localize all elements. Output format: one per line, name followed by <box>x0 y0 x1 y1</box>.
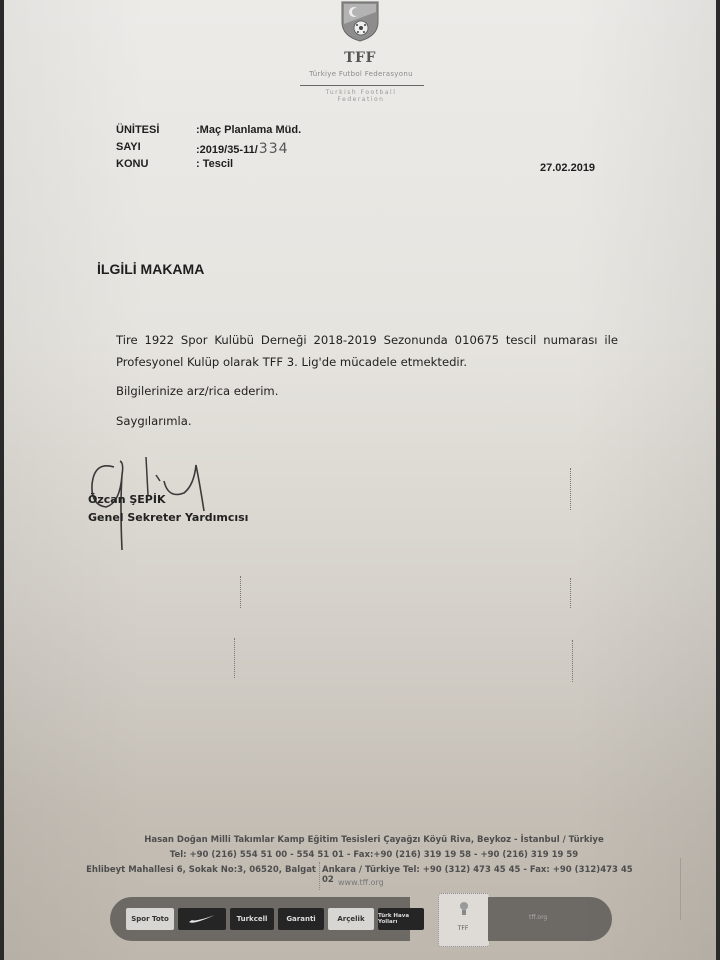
tff-badge-label: TFF <box>438 925 488 932</box>
staple-mark <box>680 858 681 920</box>
letter-date: 27.02.2019 <box>540 162 595 174</box>
letter-page: TFF Türkiye Futbol Federasyonu Turkish F… <box>4 0 716 960</box>
sponsor-logo: Arçelik <box>328 908 374 930</box>
signer-title: Genel Sekreter Yardımcısı <box>88 511 248 524</box>
tff-crest-icon <box>340 0 380 42</box>
unit-label: ÜNİTESİ <box>116 124 159 136</box>
subject-value: : Tescil <box>196 158 233 170</box>
tff-badge <box>438 893 490 947</box>
unit-value: :Maç Planlama Müd. <box>196 124 301 136</box>
org-tagline: Turkish Football Federation <box>304 89 418 103</box>
sponsor-logo: Spor Toto <box>126 908 174 930</box>
nike-swoosh-icon <box>187 913 217 925</box>
sponsor-logo: Turkcell <box>230 908 274 930</box>
sponsor-logo: Türk Hava Yolları <box>378 908 424 930</box>
sponsor-strip-end <box>488 897 612 941</box>
closing: Saygılarımla. <box>116 410 618 432</box>
letterhead-divider <box>300 85 424 86</box>
number-value: :2019/35-11/334 <box>196 141 289 157</box>
website-link[interactable]: www.tff.org <box>338 878 418 887</box>
staple-mark <box>240 576 241 608</box>
staple-mark <box>572 640 573 682</box>
footer-address-ankara: Ehlibeyt Mahallesi 6, Sokak No:3, 06520,… <box>34 865 316 875</box>
body-paragraph-1: Tire 1922 Spor Kulübü Derneği 2018-2019 … <box>116 329 618 373</box>
handwritten-number: 334 <box>259 141 289 157</box>
footer-address-istanbul: Hasan Doğan Milli Takımlar Kamp Eğitim T… <box>104 835 644 845</box>
number-label: SAYI <box>116 141 141 153</box>
sponsor-logo <box>178 908 226 930</box>
org-abbreviation: TFF <box>304 50 416 66</box>
staple-mark <box>570 468 571 510</box>
staple-mark <box>234 638 235 678</box>
signer-name: Özcan ŞEPİK <box>88 493 165 506</box>
footer-divider <box>319 862 320 890</box>
tff-mascot-icon <box>456 900 472 916</box>
strip-url: tff.org <box>529 914 547 921</box>
org-name: Türkiye Futbol Federasyonu <box>298 70 424 78</box>
body-paragraph-2: Bilgilerinize arz/rica ederim. <box>116 380 618 402</box>
staple-mark <box>570 578 571 608</box>
addressee: İLGİLİ MAKAMA <box>97 261 204 277</box>
number-prefix: :2019/35-11/ <box>196 144 258 156</box>
subject-label: KONU <box>116 158 148 170</box>
footer-phone-istanbul: Tel: +90 (216) 554 51 00 - 554 51 01 - F… <box>104 850 644 860</box>
sponsor-logo: Garanti <box>278 908 324 930</box>
